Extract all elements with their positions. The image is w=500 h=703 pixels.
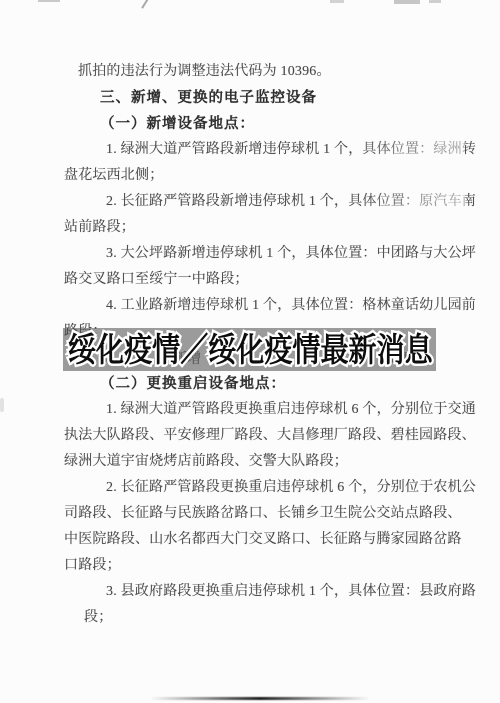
doc-line: 司路段、长征路与民族路岔路口、长铺乡卫生院公交站点路段、 (64, 501, 460, 527)
doc-line: 2. 长征路严管路段更换重启违停球机 6 个，分别位于农机公 (64, 475, 460, 501)
doc-line: 3. 大公坪路新增违停球机 1 个，具体位置：中团路与大公坪 (64, 241, 460, 267)
scan-artifact-left-edge (0, 398, 4, 412)
section-heading: 三、新增、更换的电子监控设备 (64, 85, 460, 111)
scan-artifact-top (394, 0, 420, 4)
doc-line: 4. 工业路新增违停球机 1 个，具体位置：格林童话幼儿园前 (64, 293, 460, 319)
watermark-text: 绥化疫情／绥化疫情最新消息 (68, 329, 433, 371)
doc-line: 段； (64, 605, 460, 631)
scan-smudge-bottom (150, 697, 370, 700)
doc-line: 2. 长征路严管路段新增违停球机 1 个，具体位置：原汽车南 (64, 189, 460, 215)
scan-artifact-top (429, 0, 441, 3)
doc-line: 中医院路段、山水名都西大门交叉路口、长征路与腾家园路岔路 (64, 527, 460, 553)
doc-line: 抓拍的违法行为调整违法代码为 10396。 (64, 59, 460, 85)
scan-artifact-top (38, 0, 60, 2)
doc-line: 3. 县政府路段更换重启违停球机 1 个，具体位置：县政府路 (64, 579, 460, 605)
section-heading: （一）新增设备地点： (64, 111, 460, 137)
scan-artifact-top (330, 0, 344, 3)
doc-line: 路交叉路口至绥宁一中路段； (64, 267, 460, 293)
scanned-document-page: { "document": { "lines": [ "抓拍的违法行为调整违法代… (0, 0, 500, 703)
doc-line: 1. 绿洲大道严管路段更换重启违停球机 6 个，分别位于交通 (64, 397, 460, 423)
doc-line: 执法大队路段、平安修理厂路段、大昌修理厂路段、碧桂园路段、 (64, 423, 460, 449)
scan-artifact-top (141, 0, 149, 9)
doc-line: 1. 绿洲大道严管路段新增违停球机 1 个，具体位置：绿洲转 (64, 137, 460, 163)
doc-line: 站前路段； (64, 215, 460, 241)
doc-line: 绿洲大道宇宙烧烤店前路段、交警大队路段； (64, 449, 460, 475)
doc-line: 口路段； (64, 553, 460, 579)
section-heading: （二）更换重启设备地点： (64, 371, 460, 397)
doc-line: 盘花坛西北侧； (64, 163, 460, 189)
watermark: 绥化疫情／绥化疫情最新消息 绥化疫情／绥化疫情最新消息 (68, 329, 434, 371)
